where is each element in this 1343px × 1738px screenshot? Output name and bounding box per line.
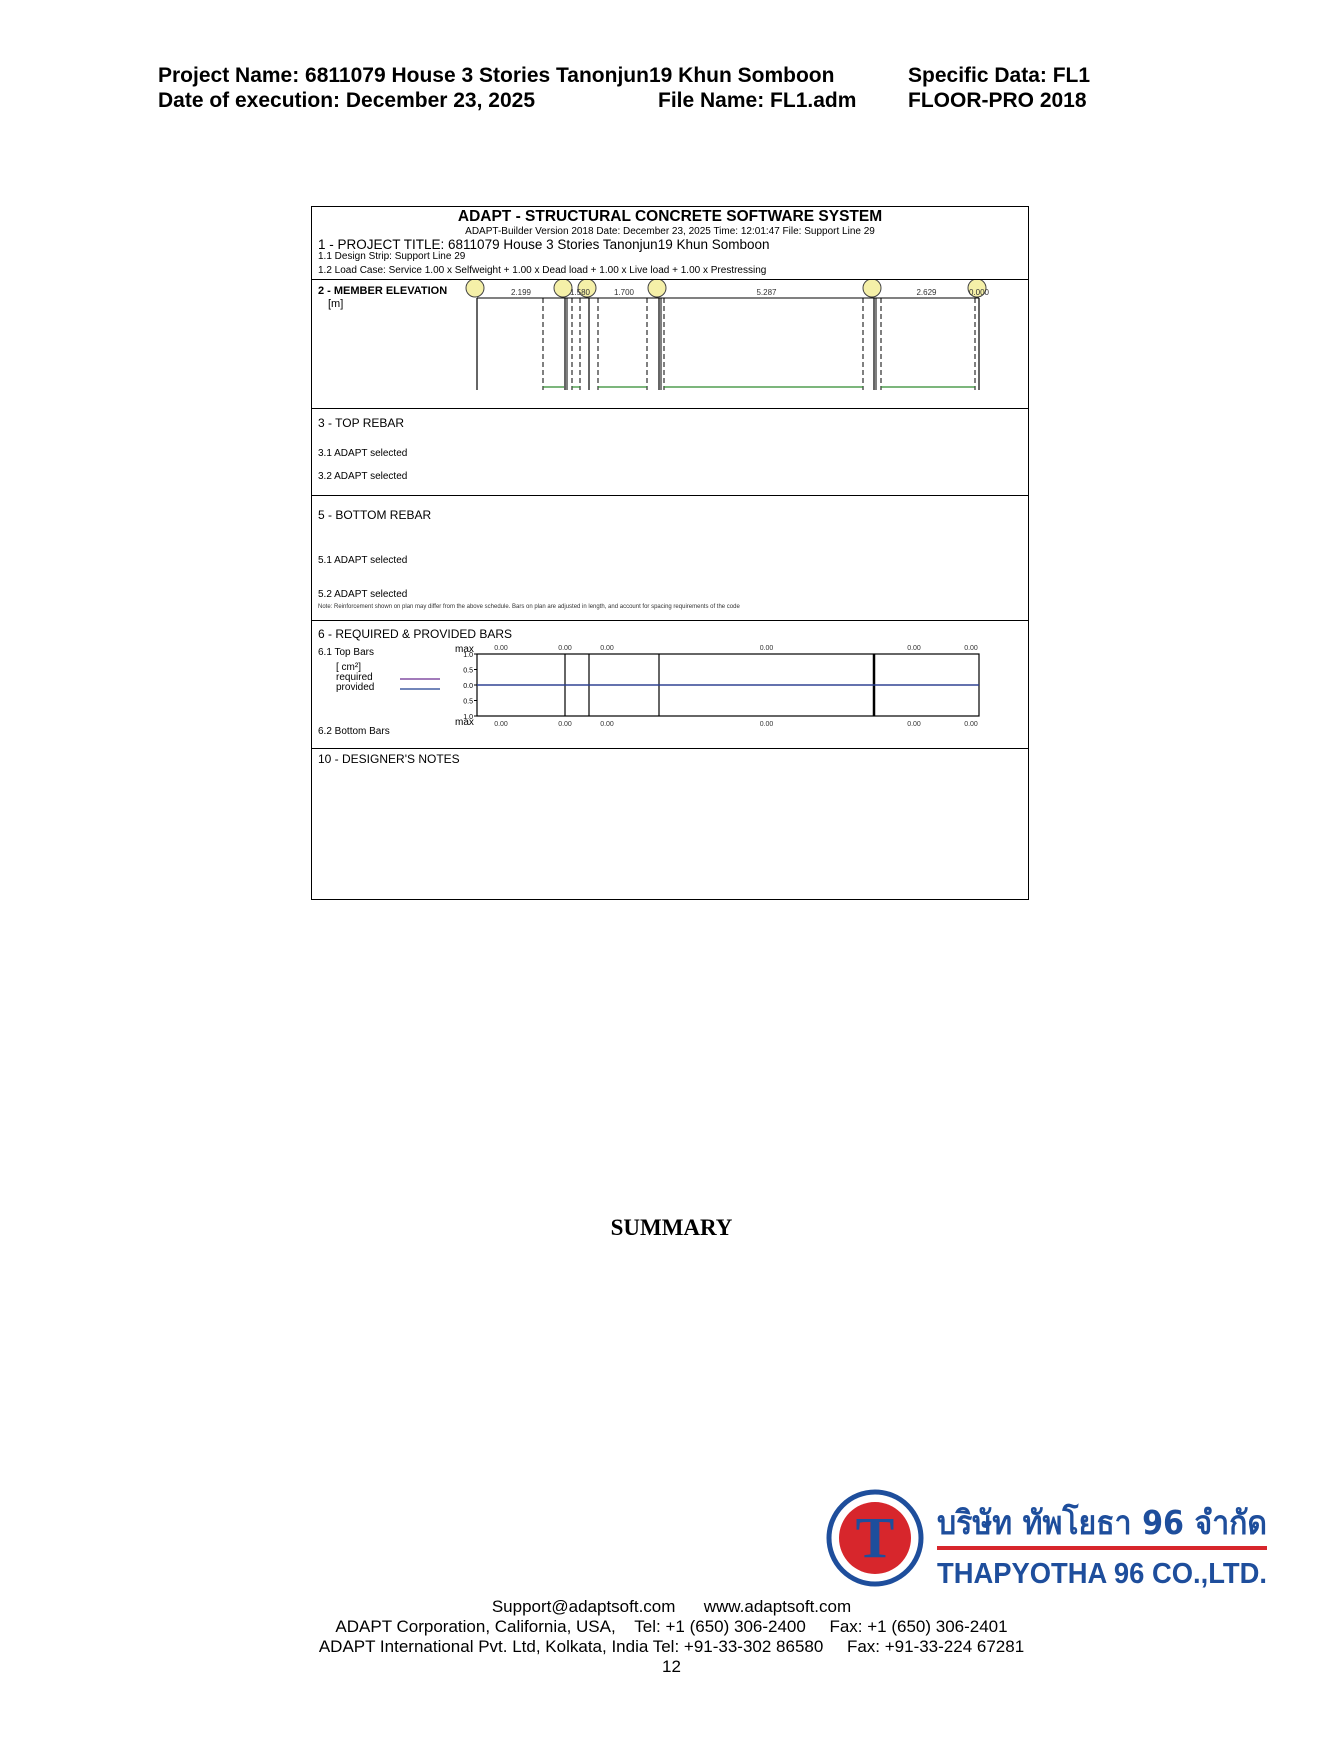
top-rebar-line1: 3.1 ADAPT selected [318, 448, 407, 459]
section-designers-notes: 10 - DESIGNER'S NOTES [312, 749, 1028, 899]
page-footer: Support@adaptsoft.com www.adaptsoft.com … [0, 1597, 1343, 1677]
bottom-rebar-line2: 5.2 ADAPT selected [318, 589, 407, 600]
report-box: ADAPT - STRUCTURAL CONCRETE SOFTWARE SYS… [311, 206, 1029, 900]
svg-text:0.00: 0.00 [964, 721, 978, 728]
svg-text:0.5: 0.5 [463, 668, 473, 675]
footer-india: ADAPT International Pvt. Ltd, Kolkata, I… [0, 1637, 1343, 1657]
section-bottom-rebar: 5 - BOTTOM REBAR 5.1 ADAPT selected 5.2 … [312, 496, 1028, 621]
svg-text:0.00: 0.00 [760, 721, 774, 728]
svg-text:2.629: 2.629 [916, 288, 937, 297]
bottom-rebar-heading: 5 - BOTTOM REBAR [318, 508, 431, 522]
svg-text:0.0: 0.0 [463, 683, 473, 690]
svg-text:0.00: 0.00 [964, 645, 978, 652]
design-strip: 1.1 Design Strip: Support Line 29 [318, 251, 465, 262]
svg-text:1.700: 1.700 [614, 288, 635, 297]
section-top-rebar: 3 - TOP REBAR 3.1 ADAPT selected 3.2 ADA… [312, 409, 1028, 496]
top-rebar-line2: 3.2 ADAPT selected [318, 471, 407, 482]
svg-text:1.580: 1.580 [570, 288, 591, 297]
bars-chart: 1.00.50.00.51.0maxmax0.000.000.000.000.0… [312, 621, 1028, 748]
load-case: 1.2 Load Case: Service 1.00 x Selfweight… [318, 265, 766, 276]
svg-text:0.5: 0.5 [463, 699, 473, 706]
logo-graphic: T บริษัท ทัพโยธา 96 จำกัด THAPYOTHA 96 C… [825, 1478, 1280, 1598]
report-subtitle: ADAPT-Builder Version 2018 Date: Decembe… [312, 226, 1028, 237]
notes-heading: 10 - DESIGNER'S NOTES [318, 752, 460, 766]
footer-usa: ADAPT Corporation, California, USA, Tel:… [0, 1617, 1343, 1637]
svg-text:2.199: 2.199 [511, 288, 532, 297]
top-rebar-heading: 3 - TOP REBAR [318, 416, 404, 430]
project-title: 1 - PROJECT TITLE: 6811079 House 3 Stori… [318, 237, 770, 252]
header-project-name: Project Name: 6811079 House 3 Stories Ta… [158, 63, 834, 88]
summary-title: SUMMARY [0, 1215, 1343, 1241]
section-member-elevation: 2 - MEMBER ELEVATION [m] 2.1991.5801.700… [312, 280, 1028, 409]
header-specific-data: Specific Data: FL1 [908, 63, 1090, 88]
page-number: 12 [0, 1657, 1343, 1677]
svg-text:0.000: 0.000 [969, 288, 990, 297]
svg-text:0.00: 0.00 [600, 645, 614, 652]
svg-text:0.00: 0.00 [558, 645, 572, 652]
svg-text:max: max [455, 717, 474, 728]
bottom-rebar-note: Note: Reinforcement shown on plan may di… [318, 604, 740, 610]
footer-contact: Support@adaptsoft.com www.adaptsoft.com [0, 1597, 1343, 1617]
svg-text:max: max [455, 644, 474, 655]
report-title: ADAPT - STRUCTURAL CONCRETE SOFTWARE SYS… [312, 208, 1028, 226]
svg-text:0.00: 0.00 [600, 721, 614, 728]
section-project-info: ADAPT - STRUCTURAL CONCRETE SOFTWARE SYS… [312, 207, 1028, 280]
logo-english-name: THAPYOTHA 96 CO.,LTD. [937, 1558, 1267, 1590]
svg-text:0.00: 0.00 [760, 645, 774, 652]
svg-text:0.00: 0.00 [907, 645, 921, 652]
svg-text:5.287: 5.287 [756, 288, 777, 297]
logo-thai-name: บริษัท ทัพโยธา 96 จำกัด [937, 1503, 1267, 1542]
svg-text:0.00: 0.00 [494, 721, 508, 728]
svg-text:0.00: 0.00 [494, 645, 508, 652]
bottom-rebar-line1: 5.1 ADAPT selected [318, 555, 407, 566]
svg-text:0.00: 0.00 [558, 721, 572, 728]
company-logo: T บริษัท ทัพโยธา 96 จำกัด THAPYOTHA 96 C… [825, 1478, 1280, 1598]
member-elevation-diagram: 2.1991.5801.7005.2872.6290.000 [312, 280, 1028, 408]
section-required-provided-bars: 6 - REQUIRED & PROVIDED BARS 6.1 Top Bar… [312, 621, 1028, 749]
header-file-name: File Name: FL1.adm [658, 88, 856, 113]
header-date: Date of execution: December 23, 2025 [158, 88, 535, 113]
logo-t-mark: T [856, 1505, 895, 1570]
header-software: FLOOR-PRO 2018 [908, 88, 1087, 113]
svg-text:0.00: 0.00 [907, 721, 921, 728]
